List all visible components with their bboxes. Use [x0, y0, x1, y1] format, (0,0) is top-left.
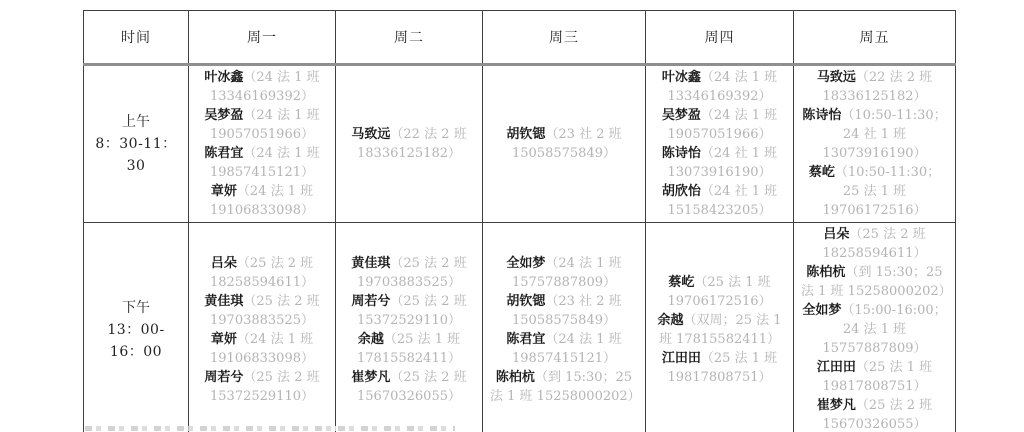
schedule-cell-afternoon-thu: 蔡屹（25 法 1 班 19706172516）余越（双周；25 法 1 班 1… [646, 223, 794, 432]
schedule-entry: 胡钦锶（23 社 2 班 15058575849） [490, 125, 638, 163]
schedule-cell-afternoon-wed: 全如梦（24 法 1 班 15757887809）胡钦锶（23 社 2 班 15… [483, 223, 646, 432]
time-label: 下午 [91, 297, 181, 319]
entry-name: 全如梦 [506, 256, 545, 271]
schedule-entry: 胡欣怡（24 社 1 班 15158423205） [653, 182, 786, 220]
column-header-fri: 周五 [794, 11, 956, 65]
schedule-entry: 全如梦（24 法 1 班 15757887809） [490, 254, 638, 292]
schedule-entry: 江田田（25 法 1 班 19817808751） [653, 349, 786, 387]
schedule-entry: 叶冰鑫（24 法 1 班 13346169392） [653, 68, 786, 106]
schedule-entry: 吴梦盈（24 法 1 班 19057051966） [653, 106, 786, 144]
entry-name: 陈柏杭 [496, 370, 535, 385]
clipped-text-remnant [85, 426, 455, 431]
entry-name: 蔡屹 [809, 165, 835, 180]
entry-name: 章妍 [211, 184, 237, 199]
entry-name: 陈诗怡 [802, 108, 841, 123]
schedule-entry: 陈诗怡（24 社 1 班 13073916190） [653, 144, 786, 182]
schedule-row-afternoon: 下午13：00-16：00吕朵（25 法 2 班 18258594611）黄佳琪… [84, 223, 956, 432]
schedule-entry: 陈君宜（24 法 1 班 19857415121） [490, 330, 638, 368]
schedule-entry: 余越（25 法 1 班 17815582411） [343, 330, 475, 368]
schedule-entry: 周若兮（25 法 2 班 15372529110） [196, 368, 328, 406]
entry-name: 胡钦锶 [506, 294, 545, 309]
schedule-cell-afternoon-mon: 吕朵（25 法 2 班 18258594611）黄佳琪（25 法 2 班 197… [189, 223, 336, 432]
entry-name: 全如梦 [802, 303, 841, 318]
entry-name: 陈诗怡 [662, 146, 701, 161]
entry-name: 周若兮 [204, 370, 243, 385]
entry-name: 章妍 [211, 332, 237, 347]
schedule-entry: 吕朵（25 法 2 班 18258594611） [196, 254, 328, 292]
schedule-entry: 章妍（24 法 1 班 19106833098） [196, 330, 328, 368]
entry-name: 胡欣怡 [662, 184, 701, 199]
schedule-entry: 崔梦凡（25 法 2 班 15670326055） [801, 396, 948, 432]
entry-name: 周若兮 [351, 294, 390, 309]
schedule-entry: 陈君宜（24 法 1 班 19857415121） [196, 144, 328, 182]
entry-info: （15:00-16:00；24 法 1 班 15757887809） [823, 303, 947, 356]
header-row: 时间周一周二周三周四周五 [84, 11, 956, 65]
column-header-mon: 周一 [189, 11, 336, 65]
time-range: 8：30-11：30 [91, 133, 181, 177]
schedule-entry: 陈柏杭（到 15:30；25 法 1 班 15258000202） [490, 368, 638, 406]
schedule-entry: 叶冰鑫（24 法 1 班 13346169392） [196, 68, 328, 106]
schedule-cell-morning-wed: 胡钦锶（23 社 2 班 15058575849） [483, 65, 646, 223]
entry-name: 余越 [657, 313, 683, 328]
schedule-entry: 黄佳琪（25 法 2 班 19703883525） [343, 254, 475, 292]
time-label: 上午 [91, 111, 181, 133]
time-range: 13：00-16：00 [91, 319, 181, 363]
schedule-entry: 蔡屹（10:50-11:30；25 法 1 班 19706172516） [801, 163, 948, 220]
schedule-entry: 周若兮（25 法 2 班 15372529110） [343, 292, 475, 330]
schedule-entry: 余越（双周；25 法 1 班 17815582411） [653, 311, 786, 349]
schedule-cell-afternoon-tue: 黄佳琪（25 法 2 班 19703883525）周若兮（25 法 2 班 15… [336, 223, 483, 432]
column-header-wed: 周三 [483, 11, 646, 65]
entry-name: 崔梦凡 [351, 370, 390, 385]
entry-name: 马致远 [351, 127, 390, 142]
schedule-cell-morning-tue: 马致远（22 法 2 班 18336125182） [336, 65, 483, 223]
entry-name: 叶冰鑫 [662, 70, 701, 85]
entry-name: 胡钦锶 [506, 127, 545, 142]
entry-name: 吕朵 [211, 256, 237, 271]
schedule-cell-morning-fri: 马致远（22 法 2 班 18336125182）陈诗怡（10:50-11:30… [794, 65, 956, 223]
schedule-entry: 全如梦（15:00-16:00；24 法 1 班 15757887809） [801, 301, 948, 358]
entry-name: 江田田 [817, 360, 856, 375]
entry-name: 叶冰鑫 [204, 70, 243, 85]
schedule-entry: 陈诗怡（10:50-11:30；24 社 1 班 13073916190） [801, 106, 948, 163]
entry-name: 余越 [358, 332, 384, 347]
schedule-entry: 江田田（25 法 1 班 19817808751） [801, 358, 948, 396]
schedule-entry: 陈柏杭（到 15:30；25 法 1 班 15258000202） [801, 263, 948, 301]
schedule-entry: 马致远（22 法 2 班 18336125182） [801, 68, 948, 106]
entry-name: 蔡屹 [668, 275, 694, 290]
schedule-entry: 吴梦盈（24 法 1 班 19057051966） [196, 106, 328, 144]
entry-name: 马致远 [817, 70, 856, 85]
schedule-entry: 胡钦锶（23 社 2 班 15058575849） [490, 292, 638, 330]
schedule-cell-morning-thu: 叶冰鑫（24 法 1 班 13346169392）吴梦盈（24 法 1 班 19… [646, 65, 794, 223]
entry-name: 吴梦盈 [662, 108, 701, 123]
entry-name: 吕朵 [823, 227, 849, 242]
column-header-thu: 周四 [646, 11, 794, 65]
column-header-tue: 周二 [336, 11, 483, 65]
column-header-time: 时间 [84, 11, 189, 65]
entry-name: 黄佳琪 [351, 256, 390, 271]
entry-name: 黄佳琪 [204, 294, 243, 309]
time-cell-morning: 上午8：30-11：30 [84, 65, 189, 223]
schedule-entry: 蔡屹（25 法 1 班 19706172516） [653, 273, 786, 311]
entry-name: 崔梦凡 [817, 398, 856, 413]
schedule-entry: 马致远（22 法 2 班 18336125182） [343, 125, 475, 163]
schedule-entry: 崔梦凡（25 法 2 班 15670326055） [343, 368, 475, 406]
duty-schedule: 时间周一周二周三周四周五 上午8：30-11：30叶冰鑫（24 法 1 班 13… [83, 10, 956, 432]
entry-name: 江田田 [662, 351, 701, 366]
entry-name: 陈君宜 [506, 332, 545, 347]
schedule-entry: 章妍（24 法 1 班 19106833098） [196, 182, 328, 220]
time-cell-afternoon: 下午13：00-16：00 [84, 223, 189, 432]
schedule-entry: 吕朵（25 法 2 班 18258594611） [801, 225, 948, 263]
entry-name: 陈柏杭 [806, 265, 845, 280]
schedule-entry: 黄佳琪（25 法 2 班 19703883525） [196, 292, 328, 330]
schedule-row-morning: 上午8：30-11：30叶冰鑫（24 法 1 班 13346169392）吴梦盈… [84, 65, 956, 223]
entry-name: 陈君宜 [204, 146, 243, 161]
entry-info: （10:50-11:30；25 法 1 班 19706172516） [823, 165, 941, 218]
entry-info: （10:50-11:30；24 社 1 班 13073916190） [823, 108, 947, 161]
schedule-cell-afternoon-fri: 吕朵（25 法 2 班 18258594611）陈柏杭（到 15:30；25 法… [794, 223, 956, 432]
entry-name: 吴梦盈 [204, 108, 243, 123]
duty-schedule-table: 时间周一周二周三周四周五 上午8：30-11：30叶冰鑫（24 法 1 班 13… [83, 10, 956, 432]
schedule-cell-morning-mon: 叶冰鑫（24 法 1 班 13346169392）吴梦盈（24 法 1 班 19… [189, 65, 336, 223]
